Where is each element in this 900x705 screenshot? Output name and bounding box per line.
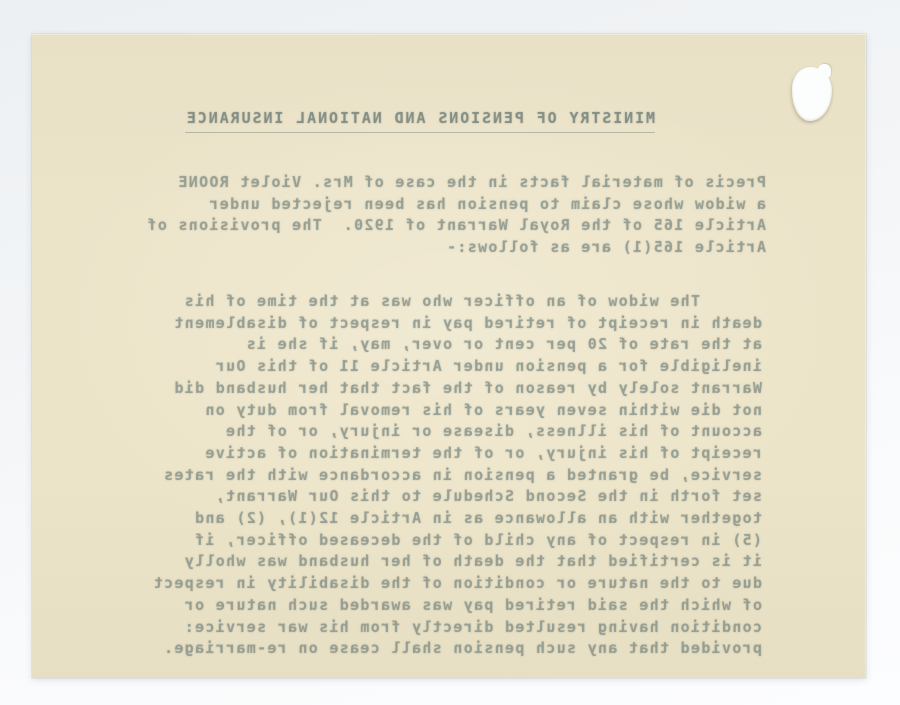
mirrored-typescript: MINISTRY OF PENSIONS AND NATIONAL INSURA… <box>32 34 866 678</box>
document-title: MINISTRY OF PENSIONS AND NATIONAL INSURA… <box>185 108 655 133</box>
body-line: (5) in respect of any child of the decea… <box>152 530 762 552</box>
intro-line: Article 165 of the Royal Warrant of 1920… <box>146 215 766 237</box>
body-line: of which the said retired pay was awarde… <box>152 595 762 617</box>
body-line: at the rate of 20 per cent or over, may,… <box>152 334 762 356</box>
body-line: due to the nature or condition of the di… <box>152 573 762 595</box>
body-line: ineligible for a pension under Article 1… <box>152 356 762 378</box>
intro-line: a widow whose claim to pension has been … <box>146 194 766 216</box>
body-line: Warrant solely by reason of the fact tha… <box>152 378 762 400</box>
paper-sheet: MINISTRY OF PENSIONS AND NATIONAL INSURA… <box>32 34 866 678</box>
body-line: receipt of his injury, or of the termina… <box>152 443 762 465</box>
intro-line: Precis of material facts in the case of … <box>146 172 766 194</box>
document-title-row: MINISTRY OF PENSIONS AND NATIONAL INSURA… <box>32 108 808 133</box>
body-line: account of his illness, disease or injur… <box>152 421 762 443</box>
intro-paragraph: Precis of material facts in the case of … <box>146 172 766 259</box>
body-line: condition having resulted directly from … <box>152 617 762 639</box>
body-line: it is certified that the death of her hu… <box>152 551 762 573</box>
body-line: not die within seven years of his remova… <box>152 400 762 422</box>
intro-line: Article 165(1) are as follows:- <box>146 237 766 259</box>
body-line: death in receipt of retired pay in respe… <box>152 313 762 335</box>
body-line: service, be granted a pension in accorda… <box>152 465 762 487</box>
body-paragraph: The widow of an officer who was at the t… <box>152 291 762 660</box>
body-line: together with an allowance as in Article… <box>152 508 762 530</box>
body-line: set forth in the Second Schedule to this… <box>152 486 762 508</box>
body-line: The widow of an officer who was at the t… <box>152 291 762 313</box>
body-line: provided that any such pension shall cea… <box>152 638 762 660</box>
scan-background: { "document": { "kind": "typewritten-pre… <box>0 0 900 705</box>
